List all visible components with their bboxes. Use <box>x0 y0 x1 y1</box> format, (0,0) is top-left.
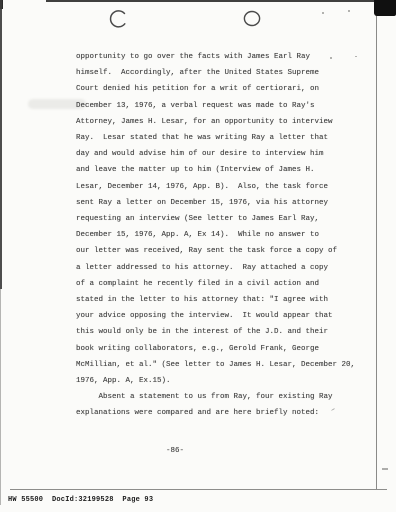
ink-speck <box>322 12 324 14</box>
text-line: December 15, 1976, App. A, Ex 14). While… <box>76 227 355 243</box>
text-line: stated in the letter to his attorney tha… <box>76 292 355 308</box>
scan-edge-left <box>0 0 2 289</box>
text-line: McMillian, et al." (See letter to James … <box>76 357 355 373</box>
text-line: requesting an interview (See letter to J… <box>76 211 355 227</box>
text-line: sent Ray a letter on December 15, 1976, … <box>76 195 355 211</box>
scan-edge-top <box>46 0 378 2</box>
text-line: a letter addressed to his attorney. Ray … <box>76 260 355 276</box>
scan-edge-right <box>376 13 377 489</box>
circle-c-mark <box>109 9 129 29</box>
ink-speck <box>355 56 357 57</box>
text-line: himself. Accordingly, after the United S… <box>76 65 355 81</box>
text-line: this would only be in the interest of th… <box>76 324 355 340</box>
footer-stamp: HW 55500 DocId:32199528 Page 93 <box>8 496 153 504</box>
text-line: Lesar, December 14, 1976, App. B). Also,… <box>76 179 355 195</box>
text-line: of a complaint he recently filed in a ci… <box>76 276 355 292</box>
text-line: Absent a statement to us from Ray, four … <box>76 389 355 405</box>
page-number: -86- <box>166 447 184 455</box>
text-line: and leave the matter up to him (Intervie… <box>76 162 355 178</box>
text-line: Court denied his petition for a writ of … <box>76 81 355 97</box>
scan-edge-left-faint <box>0 289 1 505</box>
scanned-document-page: { "document": { "body_lines": [ "opportu… <box>0 0 396 512</box>
ink-speck <box>348 10 350 12</box>
text-line: day and would advise him of our desire t… <box>76 146 355 162</box>
typewritten-body-text: opportunity to go over the facts with Ja… <box>76 49 355 422</box>
ink-speck <box>382 468 388 470</box>
text-line: 1976, App. A, Ex.15). <box>76 373 355 389</box>
footer-rule <box>10 489 387 490</box>
text-line: December 13, 1976, a verbal request was … <box>76 98 355 114</box>
text-line: our letter was received, Ray sent the ta… <box>76 243 355 259</box>
text-line: opportunity to go over the facts with Ja… <box>76 49 355 65</box>
text-line: Ray. Lesar stated that he was writing Ra… <box>76 130 355 146</box>
text-line: book writing collaborators, e.g., Gerold… <box>76 341 355 357</box>
circle-o-mark <box>243 10 261 27</box>
scan-corner-blob <box>374 0 396 16</box>
text-line: Attorney, James H. Lesar, for an opportu… <box>76 114 355 130</box>
text-line: your advice opposing the interview. It w… <box>76 308 355 324</box>
text-line: explanations were compared and are here … <box>76 405 355 421</box>
